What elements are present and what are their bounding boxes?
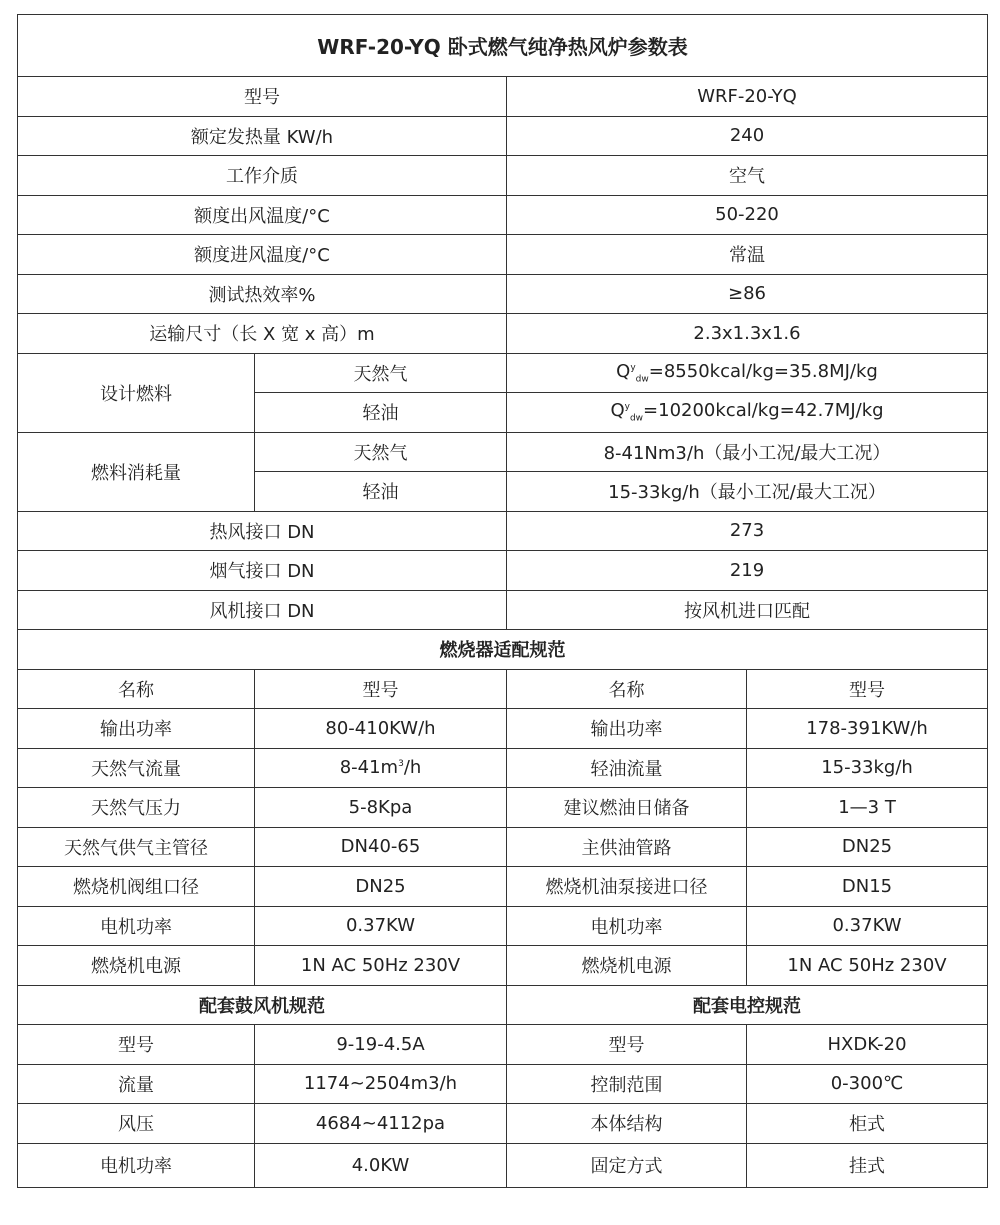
param-value: 50-220 [507,195,988,235]
column-header: 型号 [255,669,507,709]
cell: 8-41m3/h [255,748,507,788]
consumption-value: 15-33kg/h（最小工况/最大工况） [507,472,988,512]
cell: 0.37KW [747,906,988,946]
table-row: 设计燃料 天然气 Qydw=8550kcal/kg=35.8MJ/kg [18,353,988,393]
table-row: 测试热效率%≥86 [18,274,988,314]
cell: 挂式 [747,1143,988,1187]
cell: DN40-65 [255,827,507,867]
table-row: 风压4684~4112pa本体结构柜式 [18,1104,988,1144]
cell: 天然气压力 [18,788,255,828]
design-fuel-label: 设计燃料 [18,353,255,432]
param-value: 240 [507,116,988,156]
table-row: 天然气压力5-8Kpa建议燃油日储备1—3 T [18,788,988,828]
table-title: WRF-20-YQ 卧式燃气纯净热风炉参数表 [18,15,988,77]
cell: 固定方式 [507,1143,747,1187]
table-row: 额度进风温度/°C常温 [18,235,988,275]
cell: 本体结构 [507,1104,747,1144]
blower-section-title: 配套鼓风机规范 [18,985,507,1025]
cell: 燃烧机油泵接进口径 [507,867,747,907]
cell: 4684~4112pa [255,1104,507,1144]
fuel-type: 天然气 [255,353,507,393]
param-value: 空气 [507,156,988,196]
fuel-type: 轻油 [255,393,507,433]
param-value: 常温 [507,235,988,275]
param-value: ≥86 [507,274,988,314]
cell: 输出功率 [507,709,747,749]
column-header: 名称 [507,669,747,709]
interface-value: 273 [507,511,988,551]
cell: 80-410KW/h [255,709,507,749]
table-row: 天然气流量8-41m3/h轻油流量15-33kg/h [18,748,988,788]
table-row: 工作介质空气 [18,156,988,196]
cell: 流量 [18,1064,255,1104]
cell: 9-19-4.5A [255,1025,507,1065]
cell: DN25 [255,867,507,907]
cell: 柜式 [747,1104,988,1144]
cell: 建议燃油日储备 [507,788,747,828]
cell: 0-300℃ [747,1064,988,1104]
interface-label: 热风接口 DN [18,511,507,551]
param-value: WRF-20-YQ [507,77,988,117]
table-row: 风机接口 DN按风机进口匹配 [18,590,988,630]
table-row: 燃料消耗量 天然气 8-41Nm3/h（最小工况/最大工况） [18,432,988,472]
param-label: 额度进风温度/°C [18,235,507,275]
burner-section-title: 燃烧器适配规范 [18,630,988,670]
column-header: 名称 [18,669,255,709]
cell: HXDK-20 [747,1025,988,1065]
fuel-heat-value: Qydw=8550kcal/kg=35.8MJ/kg [507,353,988,393]
table-row: 运输尺寸（长 X 宽 x 高）m2.3x1.3x1.6 [18,314,988,354]
table-header-row: 名称 型号 名称 型号 [18,669,988,709]
table-row: 额度出风温度/°C50-220 [18,195,988,235]
table-row: 天然气供气主管径DN40-65主供油管路DN25 [18,827,988,867]
interface-label: 烟气接口 DN [18,551,507,591]
cell: 电机功率 [18,1143,255,1187]
interface-value: 按风机进口匹配 [507,590,988,630]
table-row: 烟气接口 DN219 [18,551,988,591]
param-label: 额定发热量 KW/h [18,116,507,156]
cell: 4.0KW [255,1143,507,1187]
cell: 主供油管路 [507,827,747,867]
cell: 天然气供气主管径 [18,827,255,867]
cell: 0.37KW [255,906,507,946]
cell: 1N AC 50Hz 230V [747,946,988,986]
cell: 178-391KW/h [747,709,988,749]
param-label: 工作介质 [18,156,507,196]
interface-label: 风机接口 DN [18,590,507,630]
interface-value: 219 [507,551,988,591]
table-row: 燃烧机阀组口径DN25燃烧机油泵接进口径DN15 [18,867,988,907]
fuel-heat-value: Qydw=10200kcal/kg=42.7MJ/kg [507,393,988,433]
param-label: 运输尺寸（长 X 宽 x 高）m [18,314,507,354]
table-row: 型号WRF-20-YQ [18,77,988,117]
column-header: 型号 [747,669,988,709]
cell: 型号 [507,1025,747,1065]
cell: 电机功率 [507,906,747,946]
cell: 1N AC 50Hz 230V [255,946,507,986]
cell: 输出功率 [18,709,255,749]
param-label: 测试热效率% [18,274,507,314]
cell: 控制范围 [507,1064,747,1104]
table-row: 流量1174~2504m3/h控制范围0-300℃ [18,1064,988,1104]
cell: DN25 [747,827,988,867]
cell: 轻油流量 [507,748,747,788]
parameter-table: WRF-20-YQ 卧式燃气纯净热风炉参数表 型号WRF-20-YQ 额定发热量… [17,14,988,1188]
table-row: 燃烧机电源1N AC 50Hz 230V燃烧机电源1N AC 50Hz 230V [18,946,988,986]
cell: 型号 [18,1025,255,1065]
cell: DN15 [747,867,988,907]
cell: 燃烧机电源 [507,946,747,986]
cell: 1174~2504m3/h [255,1064,507,1104]
control-section-title: 配套电控规范 [507,985,988,1025]
cell: 15-33kg/h [747,748,988,788]
fuel-type: 天然气 [255,432,507,472]
fuel-consumption-label: 燃料消耗量 [18,432,255,511]
cell: 燃烧机电源 [18,946,255,986]
cell: 1—3 T [747,788,988,828]
table-row: 电机功率0.37KW电机功率0.37KW [18,906,988,946]
table-row: 电机功率4.0KW固定方式挂式 [18,1143,988,1187]
table-row: 输出功率80-410KW/h输出功率178-391KW/h [18,709,988,749]
cell: 电机功率 [18,906,255,946]
cell: 燃烧机阀组口径 [18,867,255,907]
fuel-type: 轻油 [255,472,507,512]
table-row: 额定发热量 KW/h240 [18,116,988,156]
table-row: 热风接口 DN273 [18,511,988,551]
param-value: 2.3x1.3x1.6 [507,314,988,354]
cell: 风压 [18,1104,255,1144]
table-row: 型号9-19-4.5A型号HXDK-20 [18,1025,988,1065]
consumption-value: 8-41Nm3/h（最小工况/最大工况） [507,432,988,472]
cell: 5-8Kpa [255,788,507,828]
cell: 天然气流量 [18,748,255,788]
param-label: 额度出风温度/°C [18,195,507,235]
param-label: 型号 [18,77,507,117]
